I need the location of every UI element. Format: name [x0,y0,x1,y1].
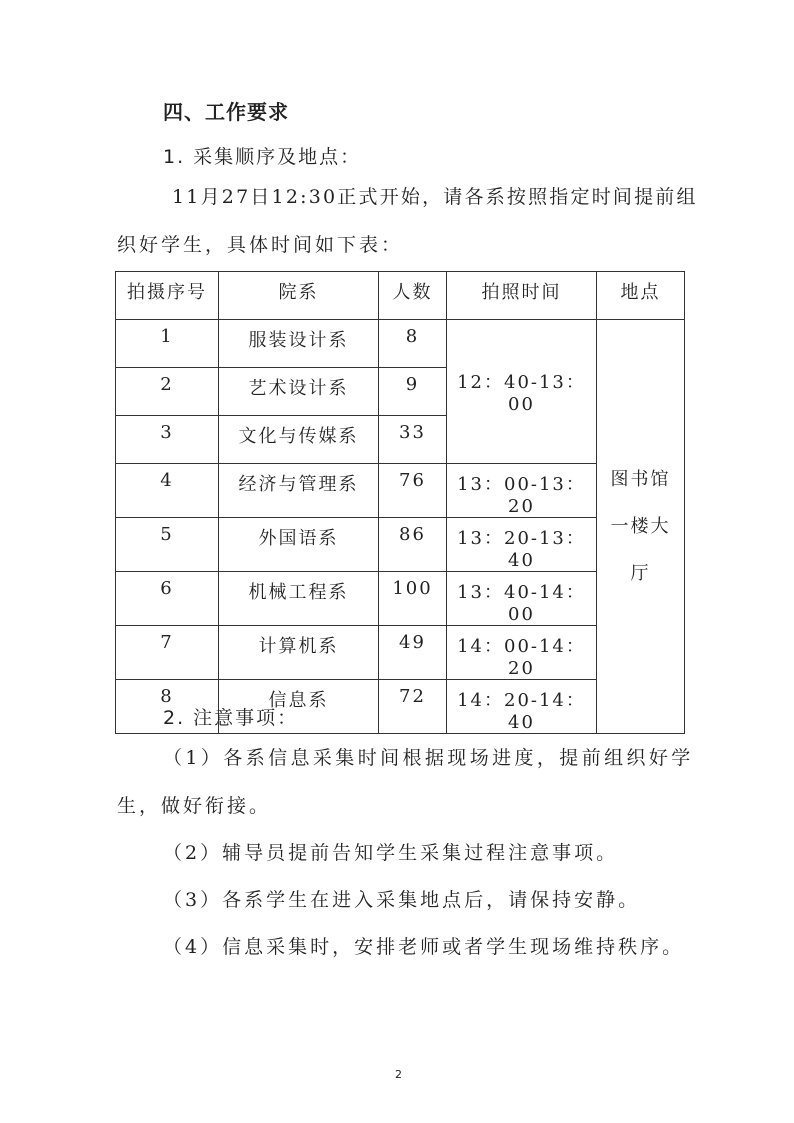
cell-count: 8 [379,320,447,368]
header-cell: 人数 [379,272,447,320]
cell-time: 14：00-14：20 [447,626,597,680]
cell-count: 72 [379,680,447,734]
subsection-title-order: 1. 采集顺序及地点： [163,142,361,169]
note-1-line2: 生，做好衔接。 [117,791,271,818]
cell-count: 9 [379,368,447,416]
note-1-line1: （1）各系信息采集时间根据现场进度，提前组织好学 [163,743,694,770]
cell-time: 13：20-13：40 [447,518,597,572]
cell-dept: 文化与传媒系 [219,416,379,464]
table-header-row: 拍摄序号 院系 人数 拍照时间 地点 [116,272,685,320]
note-3: （3）各系学生在进入采集地点后，请保持安静。 [163,885,640,912]
cell-no: 5 [116,518,219,572]
cell-time-merged: 12：40-13：00 [447,320,597,464]
cell-no: 3 [116,416,219,464]
cell-no: 2 [116,368,219,416]
cell-dept: 机械工程系 [219,572,379,626]
cell-location: 图书馆 一楼大 厅 [597,320,685,734]
cell-dept: 计算机系 [219,626,379,680]
intro-paragraph-line1: 11月27日12:30正式开始，请各系按照指定时间提前组 [172,182,698,209]
cell-dept: 经济与管理系 [219,464,379,518]
cell-count: 86 [379,518,447,572]
schedule-table: 拍摄序号 院系 人数 拍照时间 地点 1 服装设计系 8 12：40-13：00… [115,271,685,734]
cell-count: 33 [379,416,447,464]
cell-time: 13：40-14：00 [447,572,597,626]
header-cell: 院系 [219,272,379,320]
cell-count: 76 [379,464,447,518]
location-line: 图书馆 [597,456,684,503]
section-title: 四、工作要求 [163,96,289,125]
intro-paragraph-line2: 织好学生，具体时间如下表： [117,230,403,257]
note-2: （2）辅导员提前告知学生采集过程注意事项。 [163,838,618,865]
page-number: 2 [395,1068,402,1081]
cell-dept: 服装设计系 [219,320,379,368]
note-4: （4）信息采集时，安排老师或者学生现场维持秩序。 [163,932,684,959]
table-row: 1 服装设计系 8 12：40-13：00 图书馆 一楼大 厅 [116,320,685,368]
location-line: 一楼大 [597,503,684,550]
subsection-title-notes: 2. 注意事项： [163,703,298,730]
cell-count: 100 [379,572,447,626]
cell-dept: 艺术设计系 [219,368,379,416]
cell-no: 6 [116,572,219,626]
cell-no: 1 [116,320,219,368]
header-cell: 拍照时间 [447,272,597,320]
header-cell: 拍摄序号 [116,272,219,320]
cell-time: 13：00-13：20 [447,464,597,518]
cell-time: 14：20-14：40 [447,680,597,734]
cell-count: 49 [379,626,447,680]
cell-dept: 外国语系 [219,518,379,572]
location-line: 厅 [597,550,684,597]
cell-no: 7 [116,626,219,680]
cell-no: 4 [116,464,219,518]
header-cell: 地点 [597,272,685,320]
